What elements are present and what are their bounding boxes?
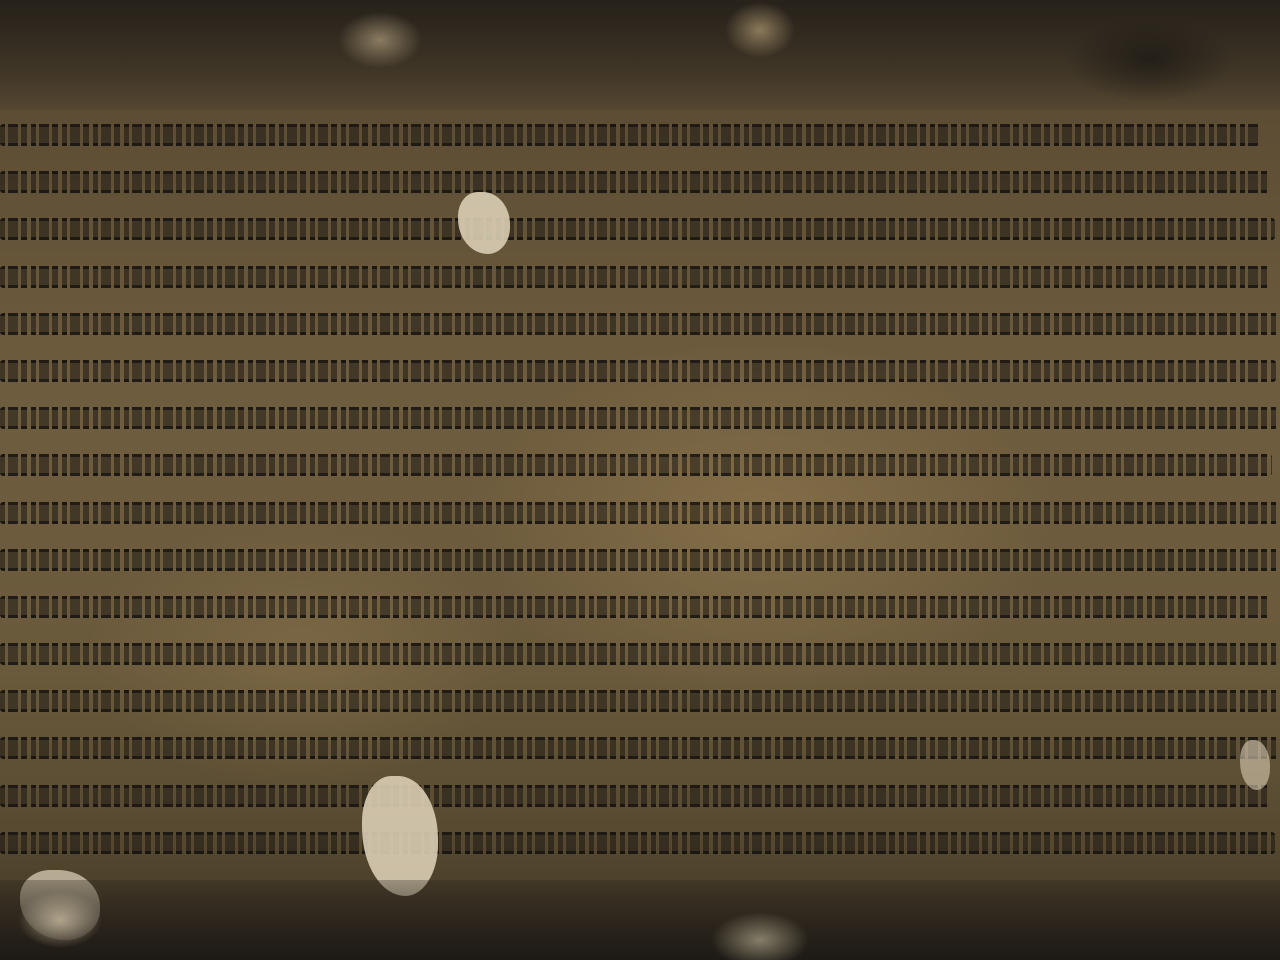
damaged-bottom-edge [0, 880, 1280, 960]
text-line [0, 442, 1280, 488]
damaged-top-edge [0, 0, 1280, 110]
text-line [0, 725, 1280, 771]
damage-patch [362, 776, 438, 896]
text-line [0, 254, 1280, 300]
text-line [0, 490, 1280, 536]
text-line [0, 159, 1280, 205]
text-line [0, 820, 1280, 866]
text-line [0, 631, 1280, 677]
text-line [0, 206, 1280, 252]
text-line [0, 395, 1280, 441]
text-line [0, 112, 1280, 158]
manuscript-photo: Photograph of an aged palm-leaf / paper … [0, 0, 1280, 960]
text-line [0, 348, 1280, 394]
text-line [0, 301, 1280, 347]
manuscript-text-block [0, 112, 1280, 867]
text-line [0, 584, 1280, 630]
text-line [0, 678, 1280, 724]
text-line [0, 773, 1280, 819]
text-line [0, 537, 1280, 583]
